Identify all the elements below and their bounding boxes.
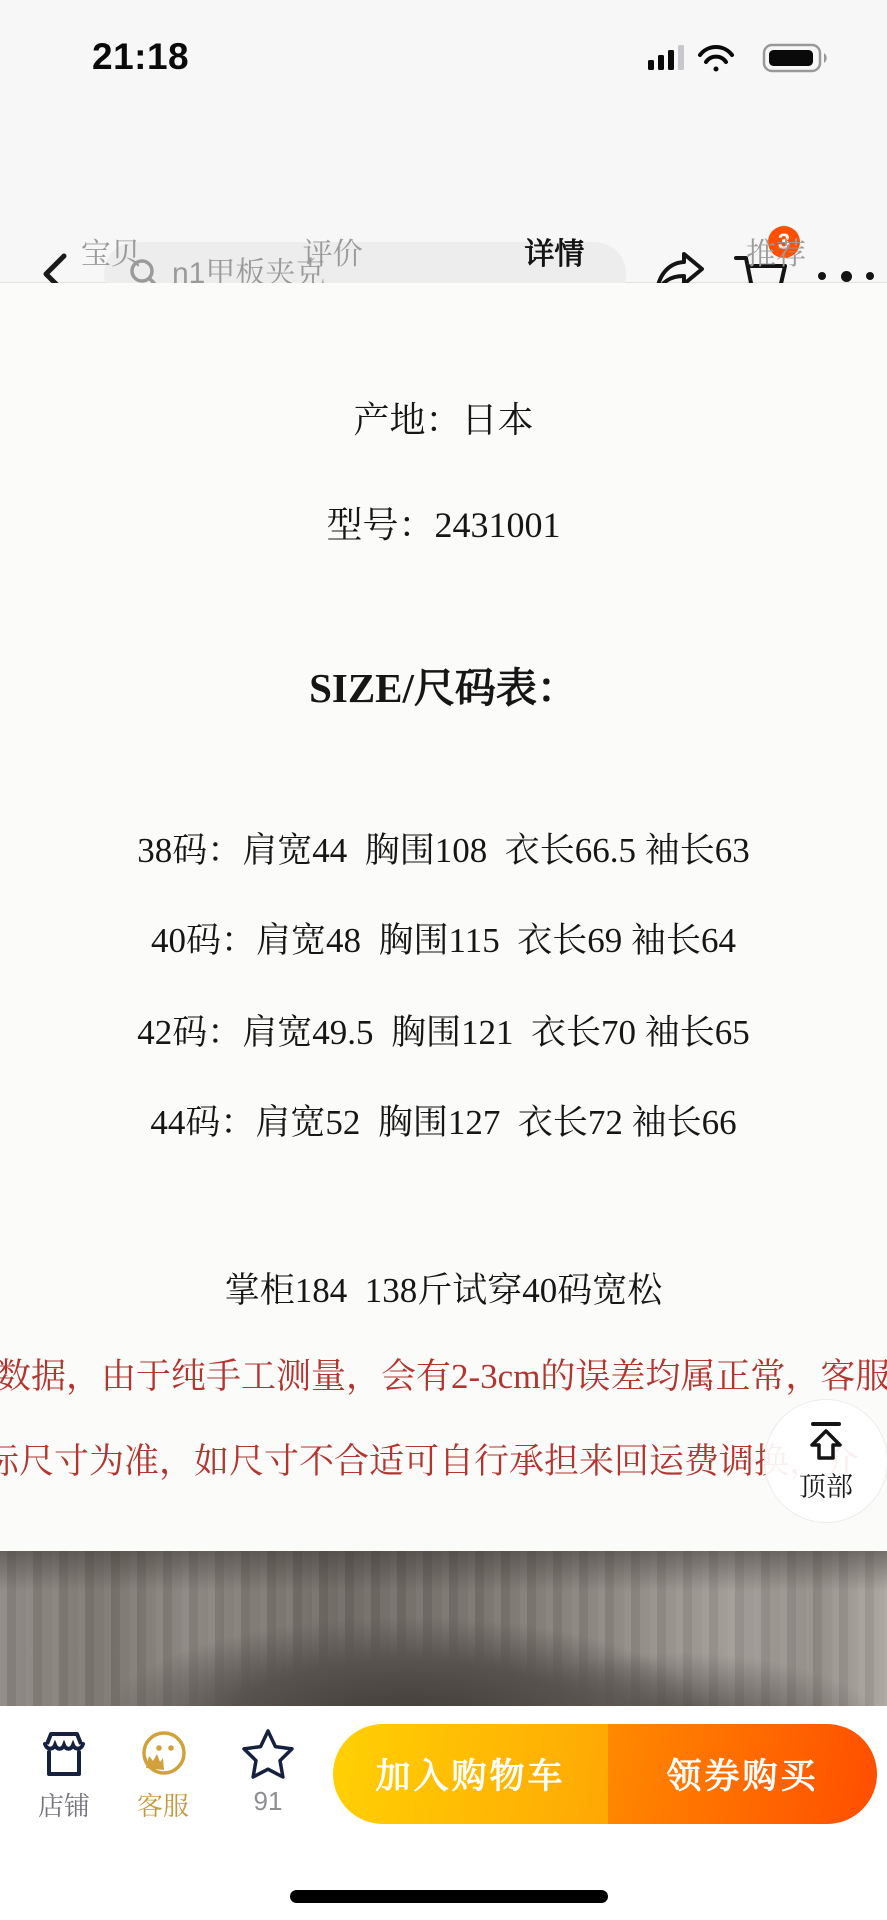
wifi-icon [700, 47, 732, 71]
add-to-cart-button[interactable]: 加入购物车 [333, 1724, 608, 1824]
detail-content: 产地：日本 型号：2431001 SIZE/尺码表： 38码：肩宽44 胸围10… [0, 283, 887, 1551]
storefront-icon [37, 1728, 91, 1780]
tab-item[interactable]: 宝贝 [75, 229, 147, 273]
customer-service-icon [136, 1728, 190, 1780]
product-detail-screen: 21:18 [0, 0, 887, 1920]
tab-bar: 宝贝 评价 详情 推荐 [0, 226, 887, 276]
favorite-count: 91 [254, 1786, 283, 1817]
battery-icon [764, 45, 827, 71]
coupon-buy-button[interactable]: 领券购买 [608, 1724, 877, 1824]
shop-label: 店铺 [38, 1786, 90, 1823]
shop-button[interactable]: 店铺 [26, 1728, 102, 1823]
size-row: 38码：肩宽44 胸围108 衣长66.5 袖长63 [0, 823, 887, 873]
origin-line: 产地：日本 [0, 392, 887, 443]
nav-bar: 3 [0, 118, 887, 194]
size-table-title: SIZE/尺码表： [0, 655, 887, 714]
arrow-to-top-icon [803, 1419, 849, 1463]
favorite-button[interactable]: 91 [230, 1728, 306, 1817]
measurement-warning-line1: 数据，由于纯手工测量，会有2-3cm的误差均属正常，客服 [0, 1349, 887, 1399]
top-chrome: 21:18 [0, 0, 887, 283]
customer-service-label: 客服 [137, 1786, 189, 1823]
tab-reviews[interactable]: 评价 [297, 229, 369, 273]
back-to-top-button[interactable]: 顶部 [764, 1399, 887, 1523]
back-to-top-label: 顶部 [799, 1465, 853, 1504]
model-line: 型号：2431001 [0, 497, 887, 548]
tab-recommend[interactable]: 推荐 [740, 229, 812, 273]
status-icons [640, 40, 870, 76]
customer-service-button[interactable]: 客服 [125, 1728, 201, 1823]
bottom-action-bar: 店铺 客服 91 加入购物车 领券购买 [0, 1706, 887, 1920]
signal-icon [648, 45, 684, 70]
size-row: 42码：肩宽49.5 胸围121 衣长70 袖长65 [0, 1005, 887, 1055]
tab-details[interactable]: 详情 [518, 229, 590, 273]
measurement-warning-line2: 际尺寸为准，如尺寸不合适可自行承担来回运费调换，介 [0, 1434, 859, 1484]
size-row: 44码：肩宽52 胸围127 衣长72 袖长66 [0, 1095, 887, 1145]
fit-note-line: 掌柜184 138斤试穿40码宽松 [0, 1263, 887, 1313]
star-icon [240, 1728, 296, 1780]
home-indicator[interactable] [290, 1890, 608, 1903]
size-row: 40码：肩宽48 胸围115 衣长69 袖长64 [0, 913, 887, 963]
status-time: 21:18 [92, 36, 189, 78]
product-photo [0, 1551, 887, 1706]
